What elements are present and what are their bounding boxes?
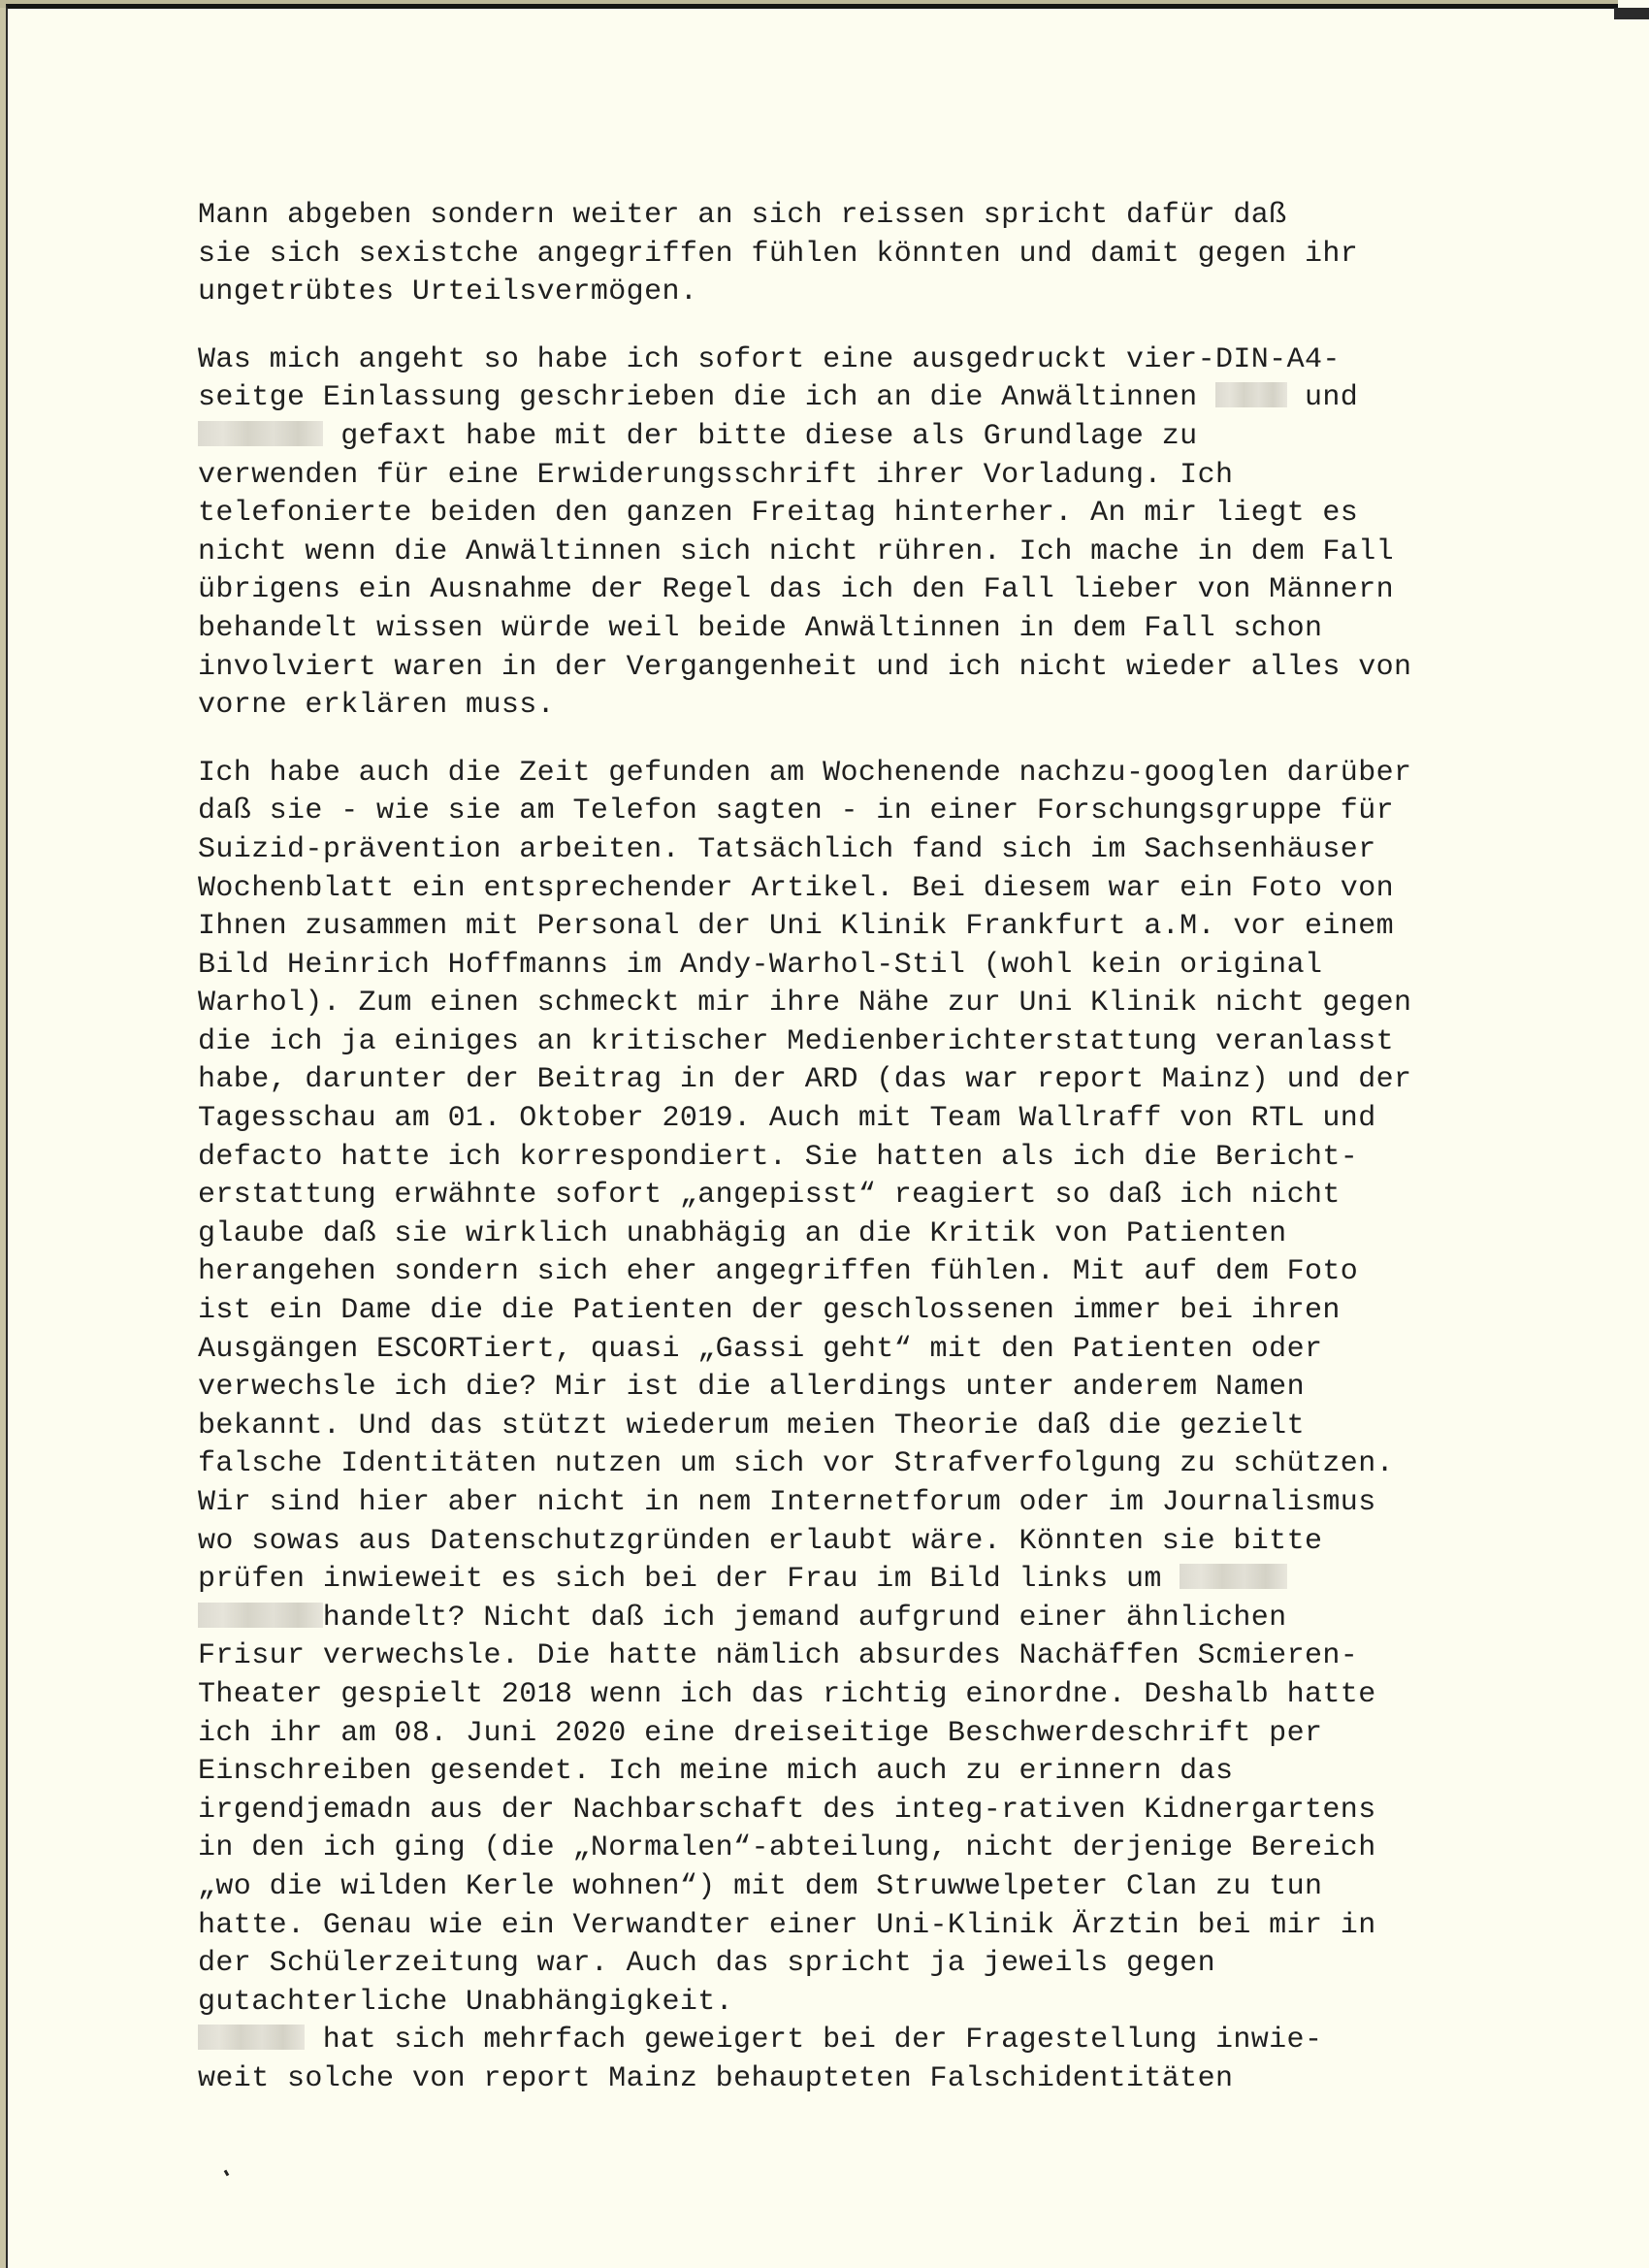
- text-line: Theater gespielt 2018 wenn ich das richt…: [198, 1676, 1459, 1715]
- text-line: weit solche von report Mainz behaupteten…: [198, 2060, 1459, 2099]
- text-segment: Suizid-prävention arbeiten. Tatsächlich …: [198, 833, 1376, 866]
- scanner-margin: [1618, 0, 1649, 2268]
- text-line: die ich ja einiges an kritischer Medienb…: [198, 1023, 1459, 1062]
- text-line: Warhol). Zum einen schmeckt mir ihre Näh…: [198, 985, 1459, 1023]
- text-segment: die ich ja einiges an kritischer Medienb…: [198, 1025, 1394, 1058]
- text-line: in den ich ging (die „Normalen“-abteilun…: [198, 1830, 1459, 1868]
- redacted-name: [198, 2025, 305, 2050]
- text-line: Frisur verwechsle. Die hatte nämlich abs…: [198, 1637, 1459, 1676]
- paragraph: Ich habe auch die Zeit gefunden am Woche…: [198, 755, 1459, 2099]
- redacted-name: [198, 421, 323, 446]
- text-line: handelt? Nicht daß ich jemand aufgrund e…: [198, 1600, 1459, 1638]
- text-line: gefaxt habe mit der bitte diese als Grun…: [198, 418, 1459, 457]
- redacted-name: [198, 1603, 323, 1628]
- text-line: Ausgängen ESCORTiert, quasi „Gassi geht“…: [198, 1331, 1459, 1370]
- text-segment: Frisur verwechsle. Die hatte nämlich abs…: [198, 1639, 1358, 1672]
- redacted-name: [1180, 1564, 1286, 1589]
- text-line: übrigens ein Ausnahme der Regel das ich …: [198, 571, 1459, 610]
- text-segment: Ausgängen ESCORTiert, quasi „Gassi geht“…: [198, 1333, 1322, 1366]
- text-line: verwenden für eine Erwiderungsschrift ih…: [198, 457, 1459, 496]
- text-segment: vorne erklären muss.: [198, 689, 555, 722]
- text-line: erstattung erwähnte sofort „angepisst“ r…: [198, 1177, 1459, 1215]
- text-segment: Wochenblatt ein entsprechender Artikel. …: [198, 872, 1394, 905]
- text-segment: Tagesschau am 01. Oktober 2019. Auch mit…: [198, 1102, 1376, 1135]
- text-line: sie sich sexistche angegriffen fühlen kö…: [198, 236, 1459, 275]
- text-segment: Was mich angeht so habe ich sofort eine …: [198, 343, 1341, 376]
- text-segment: ungetrübtes Urteilsvermögen.: [198, 275, 697, 308]
- text-segment: und: [1287, 381, 1359, 414]
- text-segment: verwechsle ich die? Mir ist die allerdin…: [198, 1371, 1305, 1404]
- text-segment: gefaxt habe mit der bitte diese als Grun…: [323, 420, 1198, 453]
- text-line: hat sich mehrfach geweigert bei der Frag…: [198, 2022, 1459, 2060]
- text-line: seitge Einlassung geschrieben die ich an…: [198, 379, 1459, 418]
- text-line: Bild Heinrich Hoffmanns im Andy-Warhol-S…: [198, 947, 1459, 986]
- text-segment: weit solche von report Mainz behaupteten…: [198, 2062, 1233, 2095]
- paragraph: Mann abgeben sondern weiter an sich reis…: [198, 197, 1459, 312]
- text-segment: handelt? Nicht daß ich jemand aufgrund e…: [323, 1602, 1287, 1635]
- text-segment: hat sich mehrfach geweigert bei der Frag…: [305, 2024, 1322, 2057]
- text-line: Wir sind hier aber nicht in nem Internet…: [198, 1484, 1459, 1523]
- text-line: behandelt wissen würde weil beide Anwält…: [198, 610, 1459, 649]
- text-segment: sie sich sexistche angegriffen fühlen kö…: [198, 238, 1358, 271]
- text-line: daß sie - wie sie am Telefon sagten - in…: [198, 793, 1459, 831]
- text-segment: Ihnen zusammen mit Personal der Uni Klin…: [198, 910, 1394, 943]
- text-segment: Einschreiben gesendet. Ich meine mich au…: [198, 1755, 1233, 1788]
- text-line: prüfen inwieweit es sich bei der Frau im…: [198, 1561, 1459, 1600]
- text-segment: der Schülerzeitung war. Auch das spricht…: [198, 1947, 1215, 1980]
- text-segment: bekannt. Und das stützt wiederum meien T…: [198, 1409, 1305, 1442]
- text-segment: herangehen sondern sich eher angegriffen…: [198, 1255, 1358, 1288]
- text-line: hatte. Genau wie ein Verwandter einer Un…: [198, 1907, 1459, 1946]
- text-line: verwechsle ich die? Mir ist die allerdin…: [198, 1369, 1459, 1408]
- text-line: Wochenblatt ein entsprechender Artikel. …: [198, 870, 1459, 909]
- text-line: irgendjemadn aus der Nachbarschaft des i…: [198, 1792, 1459, 1831]
- text-segment: seitge Einlassung geschrieben die ich an…: [198, 381, 1215, 414]
- text-segment: hatte. Genau wie ein Verwandter einer Un…: [198, 1909, 1376, 1942]
- text-segment: glaube daß sie wirklich unabhägig an die…: [198, 1217, 1287, 1250]
- text-line: Suizid-prävention arbeiten. Tatsächlich …: [198, 831, 1459, 870]
- text-line: gutachterliche Unabhängigkeit.: [198, 1984, 1459, 2023]
- text-line: bekannt. Und das stützt wiederum meien T…: [198, 1408, 1459, 1446]
- text-segment: falsche Identitäten nutzen um sich vor S…: [198, 1447, 1394, 1480]
- text-line: habe, darunter der Beitrag in der ARD (d…: [198, 1061, 1459, 1100]
- text-line: Ihnen zusammen mit Personal der Uni Klin…: [198, 908, 1459, 947]
- redacted-name: [1215, 382, 1287, 407]
- text-segment: ist ein Dame die die Patienten der gesch…: [198, 1294, 1341, 1327]
- text-segment: nicht wenn die Anwältinnen sich nicht rü…: [198, 535, 1394, 568]
- text-segment: behandelt wissen würde weil beide Anwält…: [198, 612, 1322, 645]
- text-segment: habe, darunter der Beitrag in der ARD (d…: [198, 1063, 1411, 1096]
- text-segment: telefonierte beiden den ganzen Freitag h…: [198, 497, 1358, 530]
- text-line: ich ihr am 08. Juni 2020 eine dreiseitig…: [198, 1715, 1459, 1754]
- text-segment: erstattung erwähnte sofort „angepisst“ r…: [198, 1179, 1341, 1212]
- text-line: telefonierte beiden den ganzen Freitag h…: [198, 495, 1459, 534]
- text-line: defacto hatte ich korrespondiert. Sie ha…: [198, 1139, 1459, 1178]
- text-line: wo sowas aus Datenschutzgründen erlaubt …: [198, 1523, 1459, 1562]
- text-line: glaube daß sie wirklich unabhägig an die…: [198, 1215, 1459, 1254]
- text-line: herangehen sondern sich eher angegriffen…: [198, 1253, 1459, 1292]
- text-segment: wo sowas aus Datenschutzgründen erlaubt …: [198, 1525, 1322, 1558]
- text-segment: Ich habe auch die Zeit gefunden am Woche…: [198, 757, 1411, 790]
- text-line: Ich habe auch die Zeit gefunden am Woche…: [198, 755, 1459, 794]
- letter-body: Mann abgeben sondern weiter an sich reis…: [198, 197, 1459, 2099]
- text-segment: Wir sind hier aber nicht in nem Internet…: [198, 1486, 1376, 1519]
- text-line: involviert waren in der Vergangenheit un…: [198, 649, 1459, 688]
- text-segment: gutachterliche Unabhängigkeit.: [198, 1986, 733, 2019]
- text-line: falsche Identitäten nutzen um sich vor S…: [198, 1445, 1459, 1484]
- text-segment: Theater gespielt 2018 wenn ich das richt…: [198, 1678, 1376, 1711]
- text-line: Tagesschau am 01. Oktober 2019. Auch mit…: [198, 1100, 1459, 1139]
- text-segment: involviert waren in der Vergangenheit un…: [198, 651, 1411, 684]
- text-line: Einschreiben gesendet. Ich meine mich au…: [198, 1753, 1459, 1792]
- text-segment: irgendjemadn aus der Nachbarschaft des i…: [198, 1794, 1376, 1827]
- text-line: ist ein Dame die die Patienten der gesch…: [198, 1292, 1459, 1331]
- text-segment: Warhol). Zum einen schmeckt mir ihre Näh…: [198, 987, 1411, 1020]
- text-segment: prüfen inwieweit es sich bei der Frau im…: [198, 1563, 1180, 1596]
- text-segment: verwenden für eine Erwiderungsschrift ih…: [198, 459, 1233, 492]
- text-segment: daß sie - wie sie am Telefon sagten - in…: [198, 794, 1394, 827]
- paragraph: Was mich angeht so habe ich sofort eine …: [198, 341, 1459, 726]
- text-line: ungetrübtes Urteilsvermögen.: [198, 274, 1459, 312]
- text-line: der Schülerzeitung war. Auch das spricht…: [198, 1945, 1459, 1984]
- text-segment: Bild Heinrich Hoffmanns im Andy-Warhol-S…: [198, 949, 1322, 982]
- text-line: vorne erklären muss.: [198, 687, 1459, 726]
- text-segment: in den ich ging (die „Normalen“-abteilun…: [198, 1831, 1376, 1864]
- scanner-corner-mark: [1614, 8, 1649, 19]
- text-segment: Mann abgeben sondern weiter an sich reis…: [198, 199, 1287, 232]
- text-line: Mann abgeben sondern weiter an sich reis…: [198, 197, 1459, 236]
- text-line: „wo die wilden Kerle wohnen“) mit dem St…: [198, 1868, 1459, 1907]
- text-segment: defacto hatte ich korrespondiert. Sie ha…: [198, 1141, 1358, 1174]
- text-segment: übrigens ein Ausnahme der Regel das ich …: [198, 573, 1394, 606]
- text-line: nicht wenn die Anwältinnen sich nicht rü…: [198, 534, 1459, 572]
- text-segment: ich ihr am 08. Juni 2020 eine dreiseitig…: [198, 1717, 1322, 1750]
- text-segment: „wo die wilden Kerle wohnen“) mit dem St…: [198, 1870, 1322, 1903]
- text-line: Was mich angeht so habe ich sofort eine …: [198, 341, 1459, 380]
